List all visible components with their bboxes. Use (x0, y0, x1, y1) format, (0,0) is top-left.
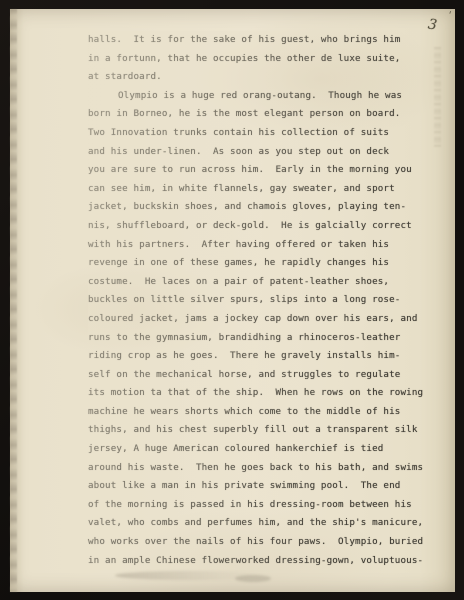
typed-line: jersey, A huge American coloured hankerc… (88, 440, 434, 459)
page-number-tick: ' (444, 9, 453, 21)
margin-marks (434, 47, 441, 147)
typed-line: thighs, and his chest superbly fill out … (88, 421, 434, 440)
typed-line: you are sure to run across him. Early in… (88, 161, 434, 180)
typed-line: in an ample Chinese flowerworked dressin… (88, 552, 434, 571)
typed-line: costume. He laces on a pair of patent-le… (88, 273, 434, 292)
typed-line: Olympio is a huge red orang-outang. Thou… (88, 87, 434, 106)
typed-line: self on the mechanical horse, and strugg… (88, 366, 434, 385)
typed-line: buckles on little silver spurs, slips in… (88, 291, 434, 310)
erased-pencil-smudge (235, 575, 271, 582)
typed-text-block: halls. It is for the sake of his guest, … (88, 31, 434, 570)
typed-line: of the morning is passed in his dressing… (88, 496, 434, 515)
typed-line: runs to the gymnasium, brandidhing a rhi… (88, 329, 434, 348)
typed-line: born in Borneo, he is the most elegant p… (88, 105, 434, 124)
typed-line: coloured jacket, jams a jockey cap down … (88, 310, 434, 329)
typed-line: about like a man in his private swimming… (88, 477, 434, 496)
typed-line: revenge in one of these games, he rapidl… (88, 254, 434, 273)
typed-line: Two Innovation trunks contain his collec… (88, 124, 434, 143)
typed-line: around his waste. Then he goes back to h… (88, 459, 434, 478)
typed-line: and his under-linen. As soon as you step… (88, 143, 434, 162)
typed-line: machine he wears shorts which come to th… (88, 403, 434, 422)
photo-frame: 3 ' halls. It is for the sake of his gue… (0, 0, 464, 600)
typed-line: with his partners. After having offered … (88, 236, 434, 255)
typed-line: its motion ta that of the ship. When he … (88, 384, 434, 403)
typed-line: riding crop as he goes. There he gravely… (88, 347, 434, 366)
paper-rough-edge (10, 9, 17, 592)
typed-line: in a fortunn, that he occupies the other… (88, 50, 434, 69)
manuscript-page: 3 ' halls. It is for the sake of his gue… (10, 9, 455, 592)
typed-line: at stardoard. (88, 68, 434, 87)
typed-line: who works over the nails of his four paw… (88, 533, 434, 552)
typed-line: nis, shuffleboard, or deck-gold. He is g… (88, 217, 434, 236)
typed-line: valet, who combs and perfumes him, and t… (88, 514, 434, 533)
typed-line: jacket, buckskin shoes, and chamois glov… (88, 198, 434, 217)
typed-line: halls. It is for the sake of his guest, … (88, 31, 434, 50)
typed-line: can see him, in white flannels, gay swea… (88, 180, 434, 199)
